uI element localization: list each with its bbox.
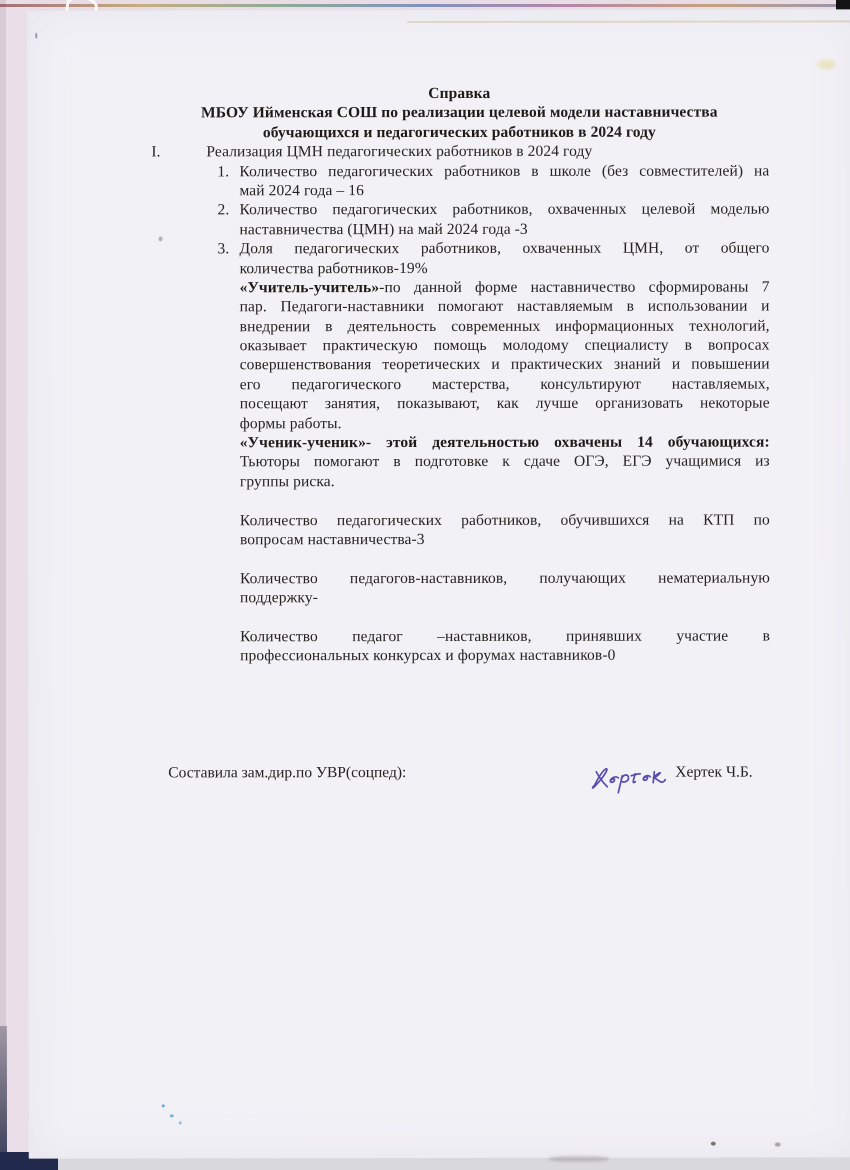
doc-line: совершенствованиятеоретическихипрактичес… [150, 355, 770, 375]
doc-line: МБОУ Ийменская СОШ по реализации целевой… [149, 103, 769, 123]
scanner-artifact-line [0, 4, 850, 7]
handwritten-signature-ink [582, 756, 677, 805]
speck-artifact [775, 1143, 781, 1147]
doc-line: группы риска. [150, 471, 770, 491]
doc-line-text: пар.Педагоги-наставникипомогаютнаставляе… [240, 297, 770, 317]
doc-line-text: егопедагогическогомастерства,консультиру… [240, 374, 770, 394]
doc-line: обучающихся и педагогических работников … [149, 122, 769, 142]
doc-line-text: посещаютзанятия,показывают,каклучшеорган… [240, 394, 770, 414]
doc-line: I.Реализация ЦМН педагогических работник… [149, 142, 769, 162]
doc-line: профессиональных конкурсах и форумах нас… [150, 646, 770, 666]
paper-sheet: СправкаМБОУ Ийменская СОШ по реализации … [27, 9, 850, 1158]
doc-line-text: формы работы. [240, 413, 770, 433]
speck-artifact [711, 1142, 716, 1146]
stain-artifact [817, 59, 835, 69]
doc-line-text: совершенствованиятеоретическихипрактичес… [240, 355, 770, 375]
speck-artifact [35, 33, 37, 39]
ink-dot-artifact [170, 1114, 174, 1117]
doc-line-text: количества работников-19% [240, 258, 770, 278]
doc-line-text: Количествопедагогическихработников,охвач… [239, 200, 769, 220]
blank-line [150, 491, 770, 511]
doc-line: 2.Количествопедагогическихработников,охв… [149, 200, 769, 220]
doc-line: ТьюторыпомогаютвподготовкексдачеОГЭ,ЕГЭу… [150, 452, 770, 472]
doc-line: поддержку- [150, 588, 770, 608]
doc-line-text: Справка [149, 84, 769, 104]
doc-line-text: ТьюторыпомогаютвподготовкексдачеОГЭ,ЕГЭу… [240, 452, 770, 472]
smudge-artifact [549, 1156, 609, 1162]
doc-line-text: группы риска. [240, 471, 770, 491]
doc-line: Количествопедагог–наставников,принявшиху… [150, 626, 770, 646]
doc-line: «Ученик-ученик»-этойдеятельностьюохвачен… [150, 433, 770, 453]
doc-line-text: внедрениивдеятельностьсовременныхинформа… [240, 316, 770, 336]
blank-line [150, 607, 770, 627]
doc-line: Справка [149, 84, 769, 104]
doc-line-text: «Учитель-учитель»-поданнойформенаставнич… [240, 277, 770, 297]
doc-line: количества работников-19% [150, 258, 770, 278]
list-number: 1. [217, 162, 229, 181]
doc-line: Количествопедагогическихработников,обучи… [150, 510, 770, 530]
doc-line-text: обучающихся и педагогических работников … [149, 122, 769, 142]
doc-line: внедрениивдеятельностьсовременныхинформа… [150, 316, 770, 336]
doc-line: егопедагогическогомастерства,консультиру… [150, 374, 770, 394]
blank-line [150, 549, 770, 569]
doc-line-text: Количествопедагогов-наставников,получающ… [240, 568, 770, 588]
doc-line-text: поддержку- [240, 588, 770, 608]
doc-line-text: Количествопедагогическихработников,обучи… [240, 510, 770, 530]
scan-edge-shadow [0, 1026, 7, 1170]
signature-row: Составила зам.дир.по УВР(соцпед): Хертек… [150, 762, 790, 807]
doc-line-text: оказываетпрактическуюпомощьмолодомуспеци… [240, 336, 770, 356]
doc-line: посещаютзанятия,показывают,каклучшеорган… [150, 394, 770, 414]
doc-line-text: Реализация ЦМН педагогических работников… [206, 142, 769, 162]
doc-line-text: Количествопедагог–наставников,принявшиху… [240, 626, 770, 646]
list-number: I. [151, 143, 160, 162]
document-body: СправкаМБОУ Ийменская СОШ по реализации … [149, 84, 770, 667]
doc-line: май 2024 года – 16 [149, 180, 769, 200]
signature-name: Хертек Ч.Б. [675, 764, 752, 782]
doc-line: вопросам наставничества-3 [150, 530, 770, 550]
list-number: 2. [217, 201, 229, 220]
doc-line-text: май 2024 года – 16 [239, 180, 769, 200]
doc-line-text: вопросам наставничества-3 [240, 530, 770, 550]
doc-line-text: наставничества (ЦМН) на май 2024 года -3 [239, 219, 769, 239]
doc-line-text: «Ученик-ученик»-этойдеятельностьюохвачен… [240, 433, 770, 453]
doc-line-text: Количествопедагогическихработниковвшколе… [239, 161, 769, 181]
scanned-document-page: { "colors": { "paper": "#f2f1f6", "scan_… [0, 0, 850, 1170]
doc-line-text: Доляпедагогическихработников,охваченныхЦ… [240, 239, 770, 259]
signature-caption: Составила зам.дир.по УВР(соцпед): [168, 764, 406, 782]
doc-line: 1.Количествопедагогическихработниковвшко… [149, 161, 769, 181]
doc-line: наставничества (ЦМН) на май 2024 года -3 [149, 219, 769, 239]
paper-top-edge-artifact [407, 20, 850, 23]
doc-line: Количествопедагогов-наставников,получающ… [150, 568, 770, 588]
doc-line: 3.Доляпедагогическихработников,охваченны… [150, 239, 770, 259]
doc-line: оказываетпрактическуюпомощьмолодомуспеци… [150, 336, 770, 356]
doc-line: «Учитель-учитель»-поданнойформенаставнич… [150, 277, 770, 297]
doc-line-text: МБОУ Ийменская СОШ по реализации целевой… [149, 103, 769, 123]
doc-line: пар.Педагоги-наставникипомогаютнаставляе… [150, 297, 770, 317]
doc-line-text: профессиональных конкурсах и форумах нас… [240, 646, 770, 666]
doc-line: формы работы. [150, 413, 770, 433]
scan-edge-line [0, 0, 6, 1170]
list-number: 3. [218, 239, 230, 258]
ink-dot-artifact [179, 1121, 182, 1124]
ink-dot-artifact [162, 1104, 165, 1107]
